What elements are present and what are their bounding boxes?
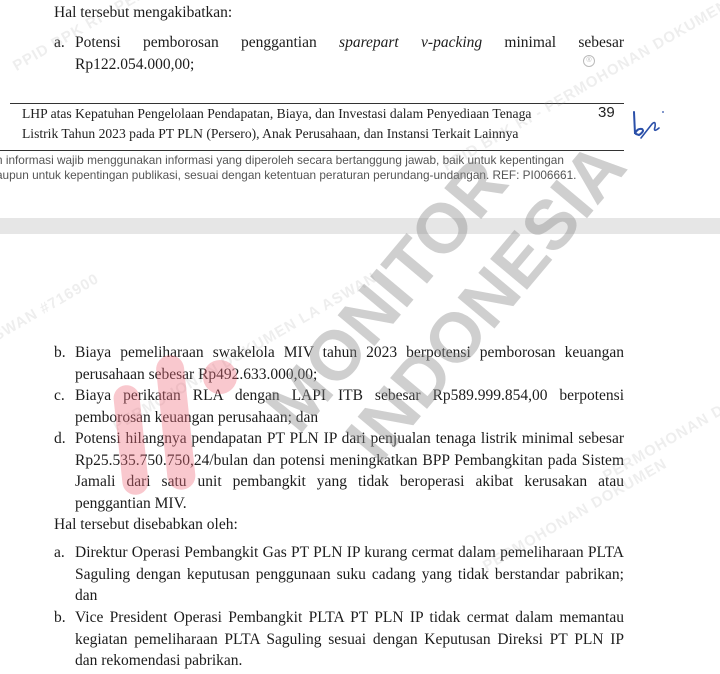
list-marker: b. [54, 342, 66, 364]
consequence-item-a: a. Potensi pemborosan penggantian sparep… [54, 32, 624, 75]
consequence-item-b: b. Biaya pemeliharaan swakelola MIV tahu… [54, 342, 624, 385]
signature-initials-icon [628, 108, 668, 142]
list-marker: c. [54, 385, 65, 407]
registered-mark-icon: ® [583, 55, 595, 67]
footer-rule-bottom [0, 150, 624, 151]
consequence-item-a-line2: Rp122.054.000,00; [75, 54, 624, 76]
text-line: pemborosan keuangan perusahaan; dan [75, 407, 624, 429]
text-line: dan rekomendasi pabrikan. [75, 650, 624, 672]
text-line: Rp25.535.750.750,24/bulan dan potensi me… [75, 450, 624, 472]
list-marker: b. [54, 607, 66, 629]
text-line: Biaya perikatan RLA dengan LAPI ITB sebe… [75, 385, 624, 407]
footer-line-2: Listrik Tahun 2023 pada PT PLN (Persero)… [22, 124, 542, 144]
text-line: Jamali dari satu unit pembangkit yang ti… [75, 471, 624, 493]
document-page-40: b. Biaya pemeliharaan swakelola MIV tahu… [0, 234, 720, 674]
list-marker: a. [54, 542, 65, 564]
page-separator [0, 218, 720, 234]
text-line: Vice President Operasi Pembangkit PLTA P… [75, 607, 624, 629]
word: sebesar [578, 34, 624, 51]
text-line: Direktur Operasi Pembangkit Gas PT PLN I… [75, 542, 624, 564]
page-number: 39 [598, 104, 615, 121]
cause-item-a: a. Direktur Operasi Pembangkit Gas PT PL… [54, 542, 624, 607]
disclaimer-line-1: n informasi wajib menggunakan informasi … [0, 153, 656, 168]
cause-item-b: b. Vice President Operasi Pembangkit PLT… [54, 607, 624, 672]
document-page-39: Hal tersebut mengakibatkan: a. Potensi p… [0, 0, 720, 218]
text-line: dan [75, 585, 624, 607]
word: pemborosan [143, 34, 219, 51]
consequence-item-a-line1: Potensi pemborosan penggantian sparepart… [75, 32, 624, 54]
word: v-packing [421, 34, 482, 51]
word: Potensi [75, 34, 121, 51]
word: minimal [504, 34, 556, 51]
text-line: Potensi hilangnya pendapatan PT PLN IP d… [75, 428, 624, 450]
list-marker: d. [54, 428, 66, 450]
text-line: kegiatan pemeliharaan PLTA Saguling sesu… [75, 629, 624, 651]
footer-line-1: LHP atas Kepatuhan Pengelolaan Pendapata… [22, 104, 542, 124]
text-line: Saguling dengan keputusan penggunaan suk… [75, 564, 624, 586]
disclaimer-line-2: aupun untuk kepentingan publikasi, sesua… [0, 168, 656, 183]
download-disclaimer: n informasi wajib menggunakan informasi … [0, 153, 656, 182]
consequence-intro: Hal tersebut mengakibatkan: [54, 2, 232, 24]
text-line: Biaya pemeliharaan swakelola MIV tahun 2… [75, 342, 624, 364]
text-line: perusahaan sebesar Rp492.633.000,00; [75, 364, 624, 386]
cause-intro: Hal tersebut disebabkan oleh: [54, 514, 238, 536]
word: penggantian [241, 34, 317, 51]
word: sparepart [339, 34, 399, 51]
report-footer: LHP atas Kepatuhan Pengelolaan Pendapata… [22, 104, 542, 144]
text-line: penggantian MIV. [75, 493, 624, 515]
consequence-item-d: d. Potensi hilangnya pendapatan PT PLN I… [54, 428, 624, 514]
consequence-item-c: c. Biaya perikatan RLA dengan LAPI ITB s… [54, 385, 624, 428]
list-marker: a. [54, 32, 65, 54]
